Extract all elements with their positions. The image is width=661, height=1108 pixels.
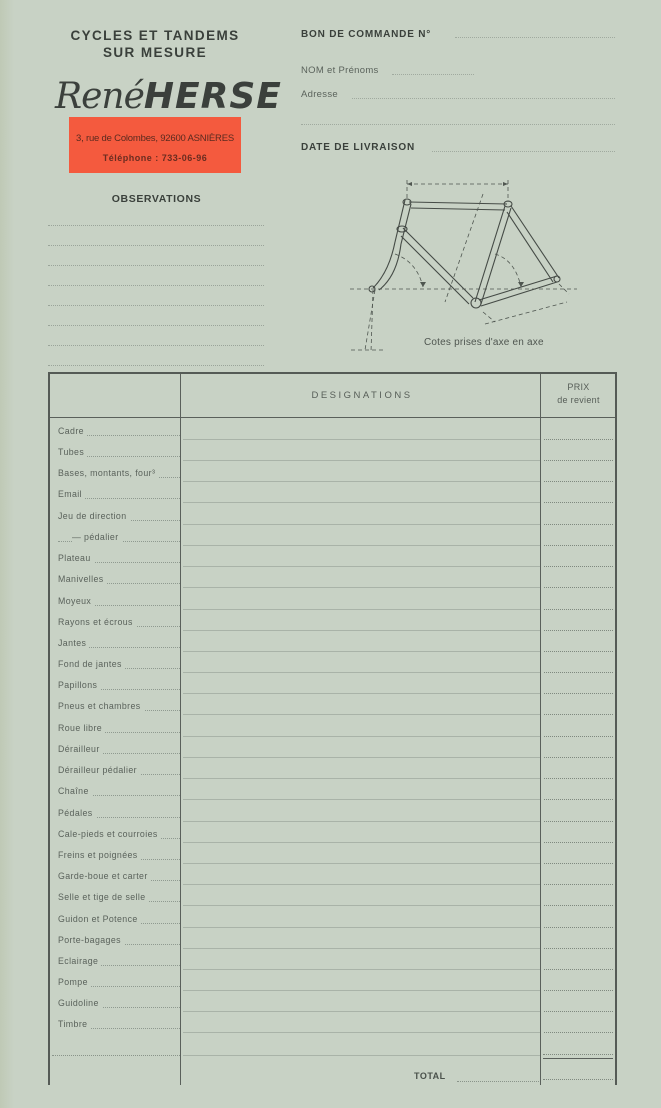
name-label: NOM et Prénoms (301, 65, 379, 76)
designation-field[interactable] (183, 502, 540, 503)
designations-header: DESIGNATIONS (182, 390, 542, 401)
table-row[interactable]: Freins et poignées (50, 843, 615, 864)
brand-logo: RenéHERSE (55, 76, 255, 116)
table-row[interactable]: Selle et tige de selle (50, 885, 615, 906)
price-header-line-1: PRIX (542, 381, 615, 394)
item-label: Dérailleur (58, 744, 103, 754)
price-header: PRIX de revient (542, 381, 615, 407)
bicycle-frame-diagram-icon (345, 172, 585, 362)
order-items-table: DESIGNATIONS PRIX de revient Cadre Tubes… (48, 372, 617, 1085)
paper-edge-shadow (0, 0, 14, 1108)
table-row[interactable]: Garde-boue et carter (50, 864, 615, 885)
designation-field[interactable] (183, 1032, 540, 1033)
table-row[interactable]: Chaîne (50, 779, 615, 800)
item-label: Email (58, 489, 85, 499)
table-row[interactable]: Rayons et écrous (50, 610, 615, 631)
observations-line[interactable] (48, 345, 264, 346)
observations-title: OBSERVATIONS (40, 193, 273, 205)
item-label: Fond de jantes (58, 659, 125, 669)
designation-field[interactable] (183, 587, 540, 588)
address-field[interactable] (352, 98, 615, 99)
item-label: Chaîne (58, 786, 92, 796)
table-row[interactable]: Moyeux (50, 589, 615, 610)
item-label: Dérailleur pédalier (58, 765, 140, 775)
diagram-caption: Cotes prises d'axe en axe (424, 337, 544, 348)
item-label: Selle et tige de selle (58, 892, 149, 902)
total-price-field[interactable] (543, 1079, 613, 1080)
price-field[interactable] (544, 714, 613, 715)
table-row[interactable]: Papillons (50, 673, 615, 694)
table-row[interactable]: Email (50, 482, 615, 503)
designation-field[interactable] (183, 799, 540, 800)
table-row[interactable]: Eclairage (50, 949, 615, 970)
item-label: Jantes (58, 638, 89, 648)
blank-item-field[interactable] (52, 1055, 180, 1056)
observations-line[interactable] (48, 245, 264, 246)
logo-last-name: HERSE (144, 76, 282, 117)
price-field[interactable] (544, 587, 613, 588)
observations-line[interactable] (48, 265, 264, 266)
table-row[interactable]: Pneus et chambres (50, 694, 615, 715)
contact-box: 3, rue de Colombes, 92600 ASNIÈRES Télép… (69, 117, 241, 173)
item-label: Garde-boue et carter (58, 871, 151, 881)
item-label: Pompe (58, 977, 91, 987)
blank-price-field[interactable] (543, 1054, 613, 1055)
item-label: Roue libre (58, 723, 105, 733)
logo-first-name: René (55, 76, 144, 117)
observations-line[interactable] (48, 325, 264, 326)
table-row[interactable]: Roue libre (50, 716, 615, 737)
item-label: Pédales (58, 808, 96, 818)
table-row[interactable]: Plateau (50, 546, 615, 567)
item-label: Cale-pieds et courroies (58, 829, 161, 839)
table-row[interactable]: Fond de jantes (50, 652, 615, 673)
item-label: Jeu de direction (58, 511, 130, 521)
item-label: Rayons et écrous (58, 617, 136, 627)
table-row[interactable]: Dérailleur pédalier (50, 758, 615, 779)
table-row[interactable]: — pédalier (50, 525, 615, 546)
tagline-line-1: CYCLES ET TANDEMS (40, 27, 270, 44)
address-label: Adresse (301, 89, 338, 100)
item-label: Cadre (58, 426, 87, 436)
table-row[interactable]: Pédales (50, 801, 615, 822)
item-label: Bases, montants, four³ (58, 468, 158, 478)
delivery-date-field[interactable] (432, 151, 615, 152)
item-label: Eclairage (58, 956, 101, 966)
order-number-field[interactable] (455, 37, 615, 38)
address-field-line-2[interactable] (301, 124, 615, 125)
table-row[interactable]: Timbre (50, 1012, 615, 1033)
total-leader-dots (457, 1081, 539, 1082)
observations-line[interactable] (48, 225, 264, 226)
observations-line[interactable] (48, 365, 264, 366)
delivery-date-label: DATE DE LIVRAISON (301, 142, 415, 153)
item-label: Papillons (58, 680, 100, 690)
item-label: Moyeux (58, 596, 94, 606)
table-row[interactable]: Bases, montants, four³ (50, 461, 615, 482)
tagline-line-2: SUR MESURE (40, 44, 270, 61)
item-label: Freins et poignées (58, 850, 141, 860)
item-label: Guidoline (58, 998, 102, 1008)
company-address: 3, rue de Colombes, 92600 ASNIÈRES (69, 133, 241, 144)
table-row[interactable]: Manivelles (50, 567, 615, 588)
item-label: Timbre (58, 1019, 90, 1029)
table-row[interactable]: Tubes (50, 440, 615, 461)
order-number-label: BON DE COMMANDE N° (301, 29, 431, 40)
table-row[interactable]: Cadre (50, 419, 615, 440)
price-field[interactable] (544, 905, 613, 906)
table-row[interactable]: Guidoline (50, 991, 615, 1012)
item-label: Tubes (58, 447, 87, 457)
item-label: — pédalier (72, 532, 122, 542)
item-label: Pneus et chambres (58, 701, 144, 711)
item-label: Porte-bagages (58, 935, 124, 945)
table-row[interactable]: Dérailleur (50, 737, 615, 758)
name-field[interactable] (392, 74, 474, 75)
company-tagline: CYCLES ET TANDEMS SUR MESURE (40, 27, 270, 61)
designation-field[interactable] (183, 905, 540, 906)
table-row[interactable]: Jeu de direction (50, 504, 615, 525)
designation-field[interactable] (183, 714, 540, 715)
table-row[interactable]: Cale-pieds et courroies (50, 822, 615, 843)
total-label: TOTAL (414, 1071, 446, 1081)
price-subtotal-divider (543, 1058, 613, 1059)
item-label: Manivelles (58, 574, 107, 584)
observations-line[interactable] (48, 305, 264, 306)
header-divider (50, 417, 615, 418)
price-field[interactable] (544, 1032, 613, 1033)
table-row[interactable]: Jantes (50, 631, 615, 652)
table-row[interactable]: Porte-bagages (50, 928, 615, 949)
observations-line[interactable] (48, 285, 264, 286)
item-label: Plateau (58, 553, 94, 563)
company-telephone: Téléphone : 733-06-96 (69, 153, 241, 163)
item-label: Guidon et Potence (58, 914, 141, 924)
table-row[interactable]: Pompe (50, 970, 615, 991)
price-field[interactable] (544, 799, 613, 800)
price-header-line-2: de revient (542, 394, 615, 407)
table-row[interactable]: Guidon et Potence (50, 907, 615, 928)
price-field[interactable] (544, 502, 613, 503)
blank-designation-field[interactable] (183, 1055, 540, 1056)
